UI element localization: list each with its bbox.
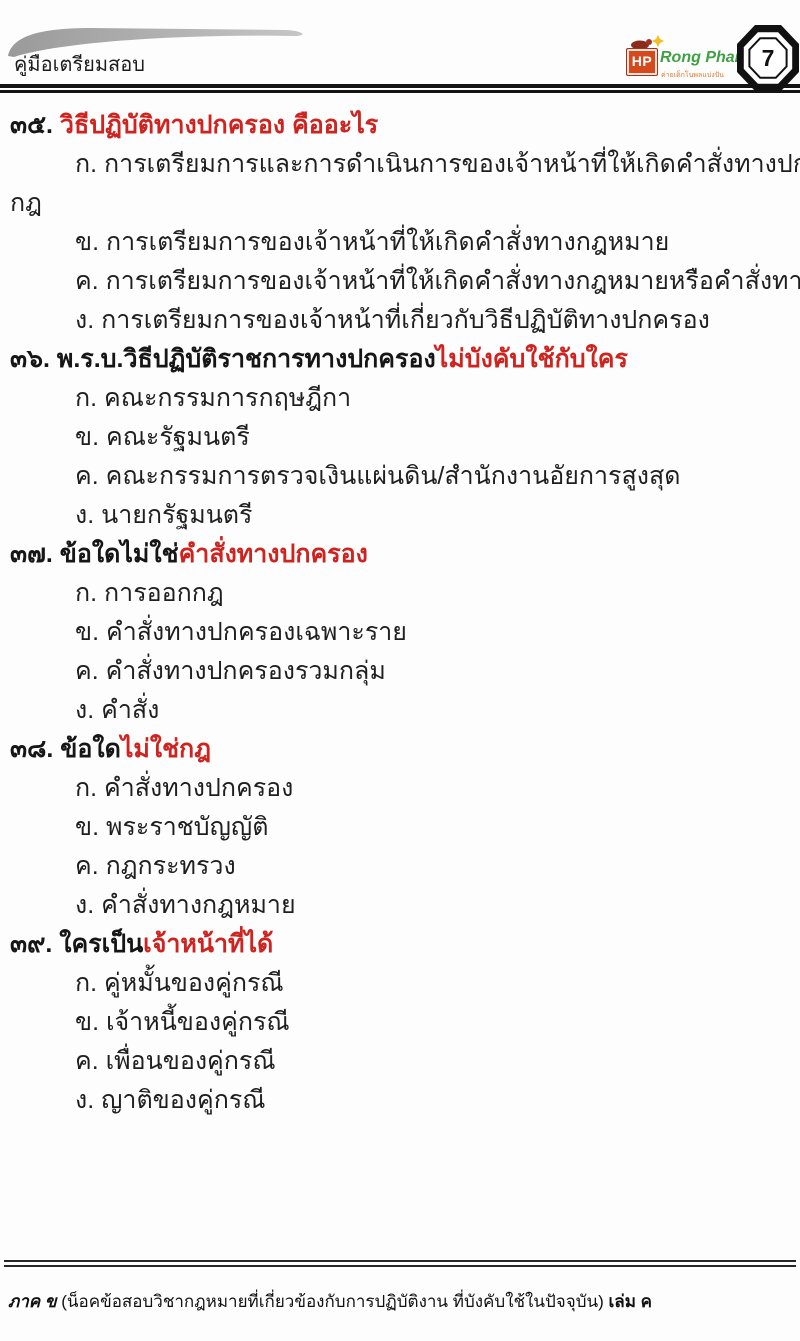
option-line: ง. นายกรัฐมนตรี	[10, 496, 796, 535]
logo-tagline: ค่ายเด็กโนพลแบ่งปัน	[661, 70, 724, 81]
question-title-highlight: คำสั่งทางปกครอง	[179, 540, 368, 568]
publisher-logo: HP Rong Phai ค่ายเด็กโนพลแบ่งปัน	[626, 34, 744, 88]
question-title-black: ๓๕.	[10, 111, 60, 139]
option-line: ข. พระราชบัญญัติ	[10, 808, 796, 847]
option-line: ข. การเตรียมการของเจ้าหน้าที่ให้เกิดคำสั…	[10, 223, 796, 262]
question-title: ๓๕. วิธีปฏิบัติทางปกครอง คืออะไร	[10, 106, 796, 145]
question-title-highlight: ไม่บังคับใช้กับใคร	[436, 345, 628, 373]
option-line: ค. การเตรียมการของเจ้าหน้าที่ให้เกิดคำสั…	[10, 262, 796, 301]
option-line: ก. การออกกฎ	[10, 574, 796, 613]
footer-divider	[4, 1260, 796, 1267]
option-line: ข. เจ้าหนี้ของคู่กรณี	[10, 1003, 796, 1042]
page-number: 7	[762, 45, 775, 71]
question-title: ๓๖. พ.ร.บ.วิธีปฏิบัติราชการทางปกครองไม่บ…	[10, 340, 796, 379]
page-header-title: คู่มือเตรียมสอบ	[14, 48, 145, 80]
option-line: ง. คำสั่งทางกฎหมาย	[10, 886, 796, 925]
option-line: ก. คู่หมั้นของคู่กรณี	[10, 964, 796, 1003]
page-number-badge: 7	[736, 24, 800, 92]
question-title-black: ๓๘. ข้อใด	[10, 735, 121, 763]
option-line: ง. ญาติของคู่กรณี	[10, 1081, 796, 1120]
option-line: ง. คำสั่ง	[10, 691, 796, 730]
question-title-highlight: วิธีปฏิบัติทางปกครอง คืออะไร	[60, 111, 378, 139]
option-line: ก. คำสั่งทางปกครอง	[10, 769, 796, 808]
footer-section-label: ภาค ข	[8, 1292, 61, 1311]
option-line: ก. การเตรียมการและการดำเนินการของเจ้าหน้…	[10, 145, 796, 184]
option-line: ค. เพื่อนของคู่กรณี	[10, 1042, 796, 1081]
footer-description: (น็อคข้อสอบวิชากฎหมายที่เกี่ยวข้องกับการ…	[61, 1292, 608, 1311]
question-title: ๓๙. ใครเป็นเจ้าหน้าที่ได้	[10, 925, 796, 964]
option-line: ก. คณะกรรมการกฤษฎีกา	[10, 379, 796, 418]
question-title-black: ๓๖. พ.ร.บ.วิธีปฏิบัติราชการทางปกครอง	[10, 345, 436, 373]
question-title-black: ๓๙. ใครเป็น	[10, 930, 143, 958]
footer-text: ภาค ข (น็อคข้อสอบวิชากฎหมายที่เกี่ยวข้อง…	[8, 1288, 652, 1315]
option-line: ค. คณะกรรมการตรวจเงินแผ่นดิน/สำนักงานอัย…	[10, 457, 796, 496]
document-page: คู่มือเตรียมสอบ HP Rong Phai ค่ายเด็กโนพ…	[0, 0, 800, 1341]
questions-list: ๓๕. วิธีปฏิบัติทางปกครอง คืออะไรก. การเต…	[10, 106, 796, 1120]
option-line: ค. กฎกระทรวง	[10, 847, 796, 886]
question-title-highlight: เจ้าหน้าที่ได้	[143, 930, 273, 958]
logo-brand-name: Rong Phai	[660, 49, 739, 67]
option-line-continuation: กฎ	[10, 184, 796, 223]
option-line: ค. คำสั่งทางปกครองรวมกลุ่ม	[10, 652, 796, 691]
question-title: ๓๗. ข้อใดไม่ใช่คำสั่งทางปกครอง	[10, 535, 796, 574]
option-line: ข. คณะรัฐมนตรี	[10, 418, 796, 457]
option-line: ข. คำสั่งทางปกครองเฉพาะราย	[10, 613, 796, 652]
footer-volume-label: เล่ม ค	[609, 1292, 653, 1311]
question-title: ๓๘. ข้อใดไม่ใช่กฎ	[10, 730, 796, 769]
logo-hp-mark: HP	[626, 48, 658, 76]
option-line: ง. การเตรียมการของเจ้าหน้าที่เกี่ยวกับวิ…	[10, 301, 796, 340]
question-title-black: ๓๗. ข้อใดไม่ใช่	[10, 540, 179, 568]
question-title-highlight: ไม่ใช่กฎ	[121, 735, 211, 763]
